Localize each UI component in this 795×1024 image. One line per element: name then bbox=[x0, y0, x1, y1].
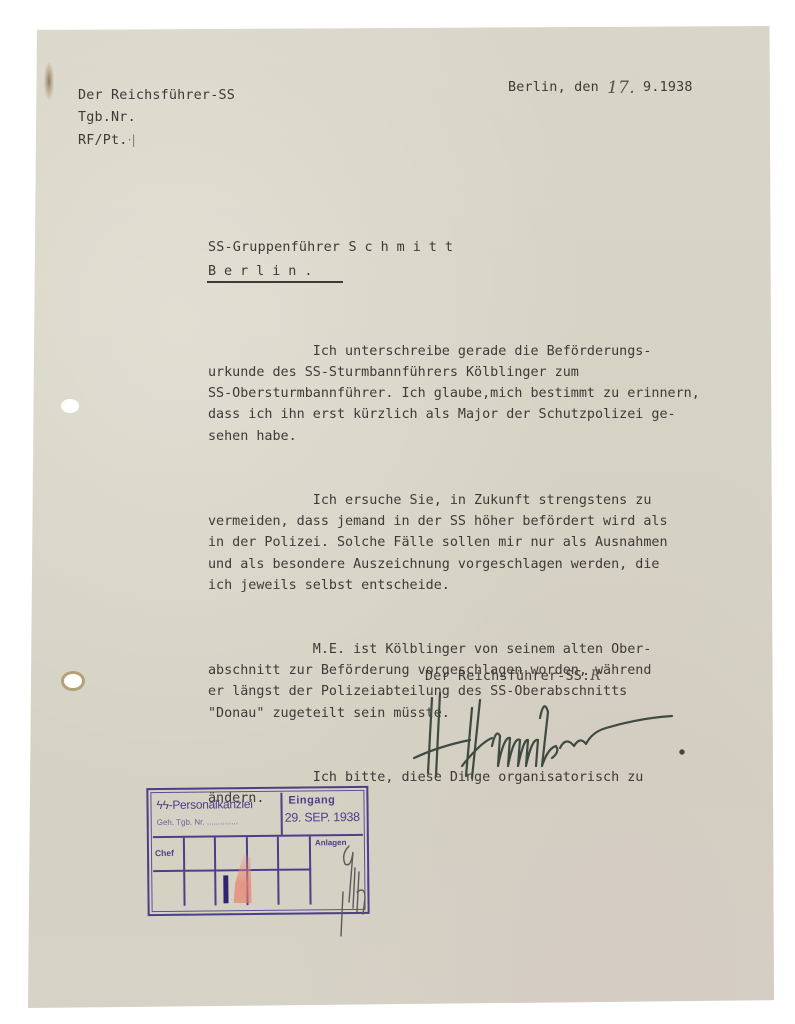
reference-pencil-mark: ·| bbox=[128, 133, 136, 147]
stamp-cell bbox=[184, 837, 216, 871]
rust-stain bbox=[44, 62, 54, 100]
stamp-office-name: ϟϟ-Personalkanzlei bbox=[156, 797, 252, 812]
handwritten-r-mark: R bbox=[590, 668, 601, 684]
document-scan: Der Reichsführer-SS Tgb.Nr. RF/Pt.·| Ber… bbox=[0, 0, 795, 1024]
recipient-name: Schmitt bbox=[348, 240, 460, 255]
dateline-place: Berlin, den bbox=[508, 80, 607, 95]
stamp-cell bbox=[248, 837, 280, 871]
recipient-city-underline bbox=[207, 281, 343, 283]
punch-hole-bottom bbox=[64, 674, 82, 688]
ink-mark bbox=[223, 875, 228, 903]
signature-icon bbox=[410, 688, 700, 783]
journal-number-label: Tgb.Nr. bbox=[78, 108, 136, 128]
sender-line: Der Reichsführer-SS bbox=[78, 86, 235, 106]
stamp-received-label: Eingang bbox=[288, 794, 335, 806]
stamp-chef-label: Chef bbox=[155, 848, 174, 858]
stamp-cell bbox=[185, 871, 217, 905]
pencil-initial-icon bbox=[335, 842, 375, 937]
stamp-cell bbox=[280, 870, 312, 904]
recipient-rank: SS-Gruppenführer bbox=[208, 240, 348, 255]
recipient-line: SS-Gruppenführer Schmitt bbox=[208, 238, 461, 258]
paragraph-1: Ich unterschreibe gerade die Beförderung… bbox=[208, 341, 768, 447]
stamp-cell bbox=[153, 872, 185, 906]
stamp-office-box: ϟϟ-Personalkanzlei Geh. Tgb. Nr. .......… bbox=[152, 793, 282, 836]
dateline-month-year: 9.1938 bbox=[635, 80, 693, 95]
stamp-file-number: Geh. Tgb. Nr. .............. bbox=[157, 817, 238, 827]
stamp-cell-chef: Chef bbox=[153, 838, 185, 872]
paragraph-2: Ich ersuche Sie, in Zukunft strengstens … bbox=[208, 490, 768, 596]
punch-hole-top bbox=[61, 399, 79, 413]
stamp-cell bbox=[248, 871, 280, 905]
stamp-routing-grid: Chef bbox=[153, 836, 312, 906]
reference-code: RF/Pt. bbox=[78, 133, 128, 148]
reference-line: RF/Pt.·| bbox=[78, 130, 136, 151]
stamp-received-box: Eingang 29. SEP. 1938 bbox=[284, 792, 362, 835]
signatory-title: Der Reichsführer-SS: bbox=[425, 669, 590, 684]
dateline-day-handwritten: 17. bbox=[607, 78, 635, 98]
stamp-header: ϟϟ-Personalkanzlei Geh. Tgb. Nr. .......… bbox=[152, 792, 362, 838]
stamp-received-date: 29. SEP. 1938 bbox=[285, 810, 360, 825]
closing-line: Der Reichsführer-SS:R bbox=[425, 666, 601, 687]
stamp-cell bbox=[279, 836, 311, 870]
dateline: Berlin, den 17. 9.1938 bbox=[508, 76, 693, 98]
recipient-city: Berlin. bbox=[208, 262, 320, 282]
